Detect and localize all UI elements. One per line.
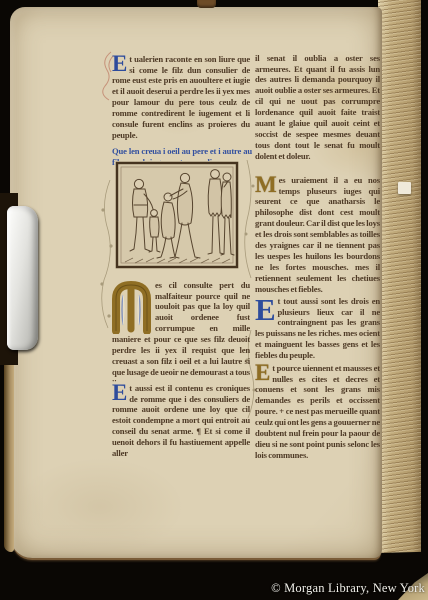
right-column-paragraph-1: Mes uraiement il a eu nos temps pluseurs… bbox=[255, 175, 380, 295]
leather-tab bbox=[197, 0, 216, 8]
body-text: t ualerien raconte en son liure que si c… bbox=[112, 54, 250, 140]
paper-marker-tab bbox=[398, 182, 411, 194]
body-text: t pource uiennent et mausses et nulles e… bbox=[255, 363, 380, 460]
book-fore-edge bbox=[378, 0, 421, 553]
manuscript-photograph: Et ualerien raconte en son liure que si … bbox=[0, 0, 428, 600]
right-column-paragraph-2: Et tout aussi sont les drois en plusieur… bbox=[255, 296, 380, 362]
illuminated-initial-e: E bbox=[255, 296, 276, 323]
illuminated-initial-e: E bbox=[255, 363, 270, 383]
illuminated-initial-m bbox=[112, 281, 151, 334]
miniature-illustration bbox=[115, 161, 239, 269]
page-left-edge bbox=[4, 352, 14, 552]
left-column-paragraph-2: es cil consulte pert du malfaiteur pourc… bbox=[112, 280, 250, 382]
body-text: t aussi est il contenu es croniques de r… bbox=[112, 383, 250, 458]
right-column-paragraph-3: Et pource uiennent et mausses et nulles … bbox=[255, 363, 380, 473]
illuminated-initial-m: M bbox=[255, 175, 277, 195]
left-column-paragraph-3: Et aussi est il contenu es croniques de … bbox=[112, 383, 250, 460]
left-column-paragraph-1: Et ualerien raconte en son liure que si … bbox=[112, 54, 250, 146]
copyright-credit: © Morgan Library, New York bbox=[271, 581, 425, 596]
right-column-continuation: il senat il oublia a oster ses armeures.… bbox=[255, 53, 380, 173]
illuminated-initial-e: E bbox=[112, 383, 127, 403]
illuminated-initial-e: E bbox=[112, 54, 127, 74]
metal-clip bbox=[7, 206, 38, 350]
